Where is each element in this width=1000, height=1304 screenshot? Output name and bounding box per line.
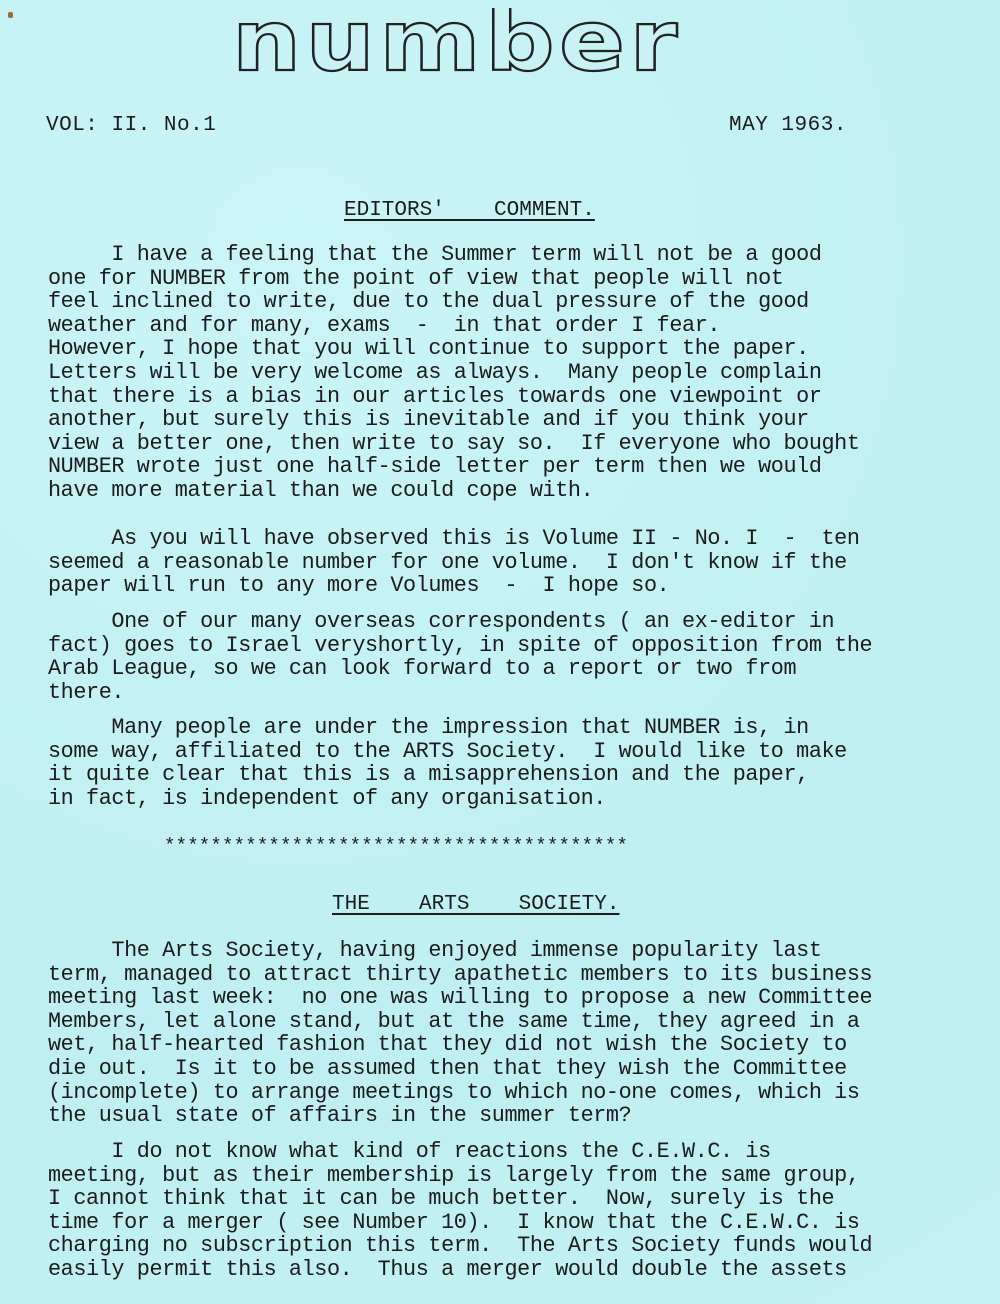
editorial-paragraph: Many people are under the impression tha… xyxy=(48,716,988,810)
paper-speck xyxy=(8,12,13,18)
volume-number: VOL: II. No.1 xyxy=(46,114,216,137)
masthead-logo: number xyxy=(228,8,688,82)
arts-society-paragraph: I do not know what kind of reactions the… xyxy=(48,1140,988,1282)
editors-comment-heading: EDITORS' COMMENT. xyxy=(344,199,595,222)
masthead-title: number xyxy=(232,8,682,82)
section-separator: **************************************** xyxy=(164,835,628,857)
arts-society-paragraph: The Arts Society, having enjoyed immense… xyxy=(48,939,988,1128)
editorial-paragraph: As you will have observed this is Volume… xyxy=(48,527,988,598)
editorial-paragraph: I have a feeling that the Summer term wi… xyxy=(48,243,988,503)
arts-society-heading: THE ARTS SOCIETY. xyxy=(332,893,619,916)
editorial-paragraph: One of our many overseas correspondents … xyxy=(48,610,988,704)
issue-date: MAY 1963. xyxy=(729,114,847,137)
